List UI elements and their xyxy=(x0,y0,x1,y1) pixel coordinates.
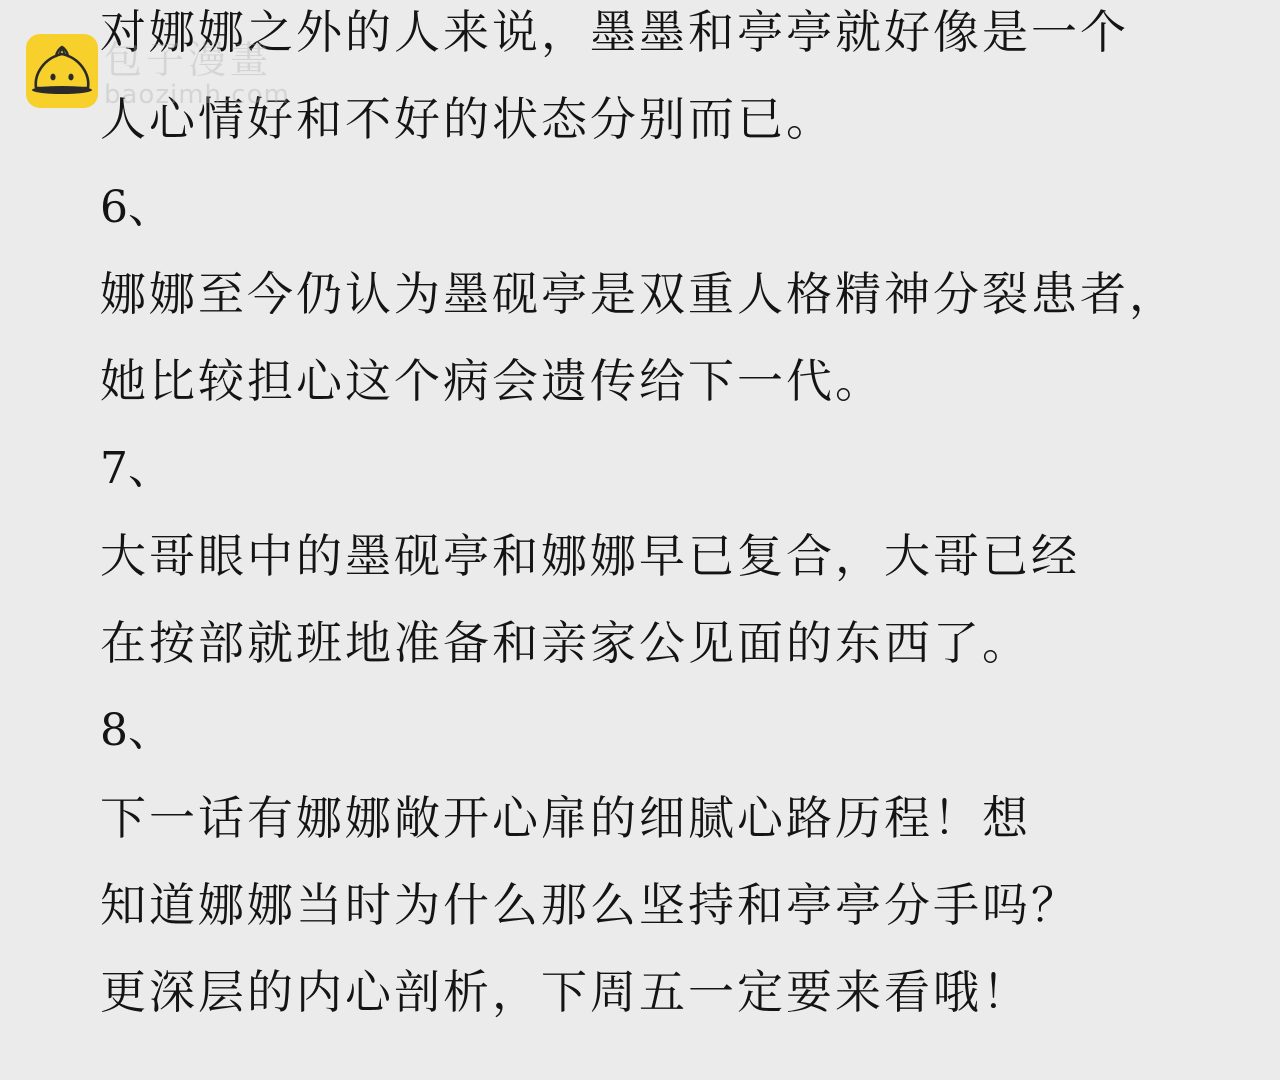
text-line: 大哥眼中的墨砚亭和娜娜早已复合，大哥已经 xyxy=(100,513,1270,600)
text-line: 人心情好和不好的状态分别而已。 xyxy=(100,76,1270,163)
text-block: 对娜娜之外的人来说，墨墨和亭亭就好像是一个 人心情好和不好的状态分别而已。 6、… xyxy=(100,0,1270,1037)
comic-text-page: 包子漫畫 baozimh.com 对娜娜之外的人来说，墨墨和亭亭就好像是一个 人… xyxy=(0,0,1280,1080)
text-line: 对娜娜之外的人来说，墨墨和亭亭就好像是一个 xyxy=(100,0,1270,76)
text-line: 她比较担心这个病会遗传给下一代。 xyxy=(100,338,1270,425)
section-number: 7、 xyxy=(100,425,1270,512)
baozi-logo xyxy=(26,34,98,108)
section-number: 6、 xyxy=(100,164,1270,251)
section-number: 8、 xyxy=(100,687,1270,774)
text-line: 更深层的内心剖析，下周五一定要来看哦！ xyxy=(100,949,1270,1036)
text-line: 下一话有娜娜敞开心扉的细腻心路历程！想 xyxy=(100,775,1270,862)
text-line: 娜娜至今仍认为墨砚亭是双重人格精神分裂患者， xyxy=(100,251,1270,338)
text-line: 在按部就班地准备和亲家公见面的东西了。 xyxy=(100,600,1270,687)
steamed-bun-icon xyxy=(26,34,98,108)
text-line: 知道娜娜当时为什么那么坚持和亭亭分手吗？ xyxy=(100,862,1270,949)
